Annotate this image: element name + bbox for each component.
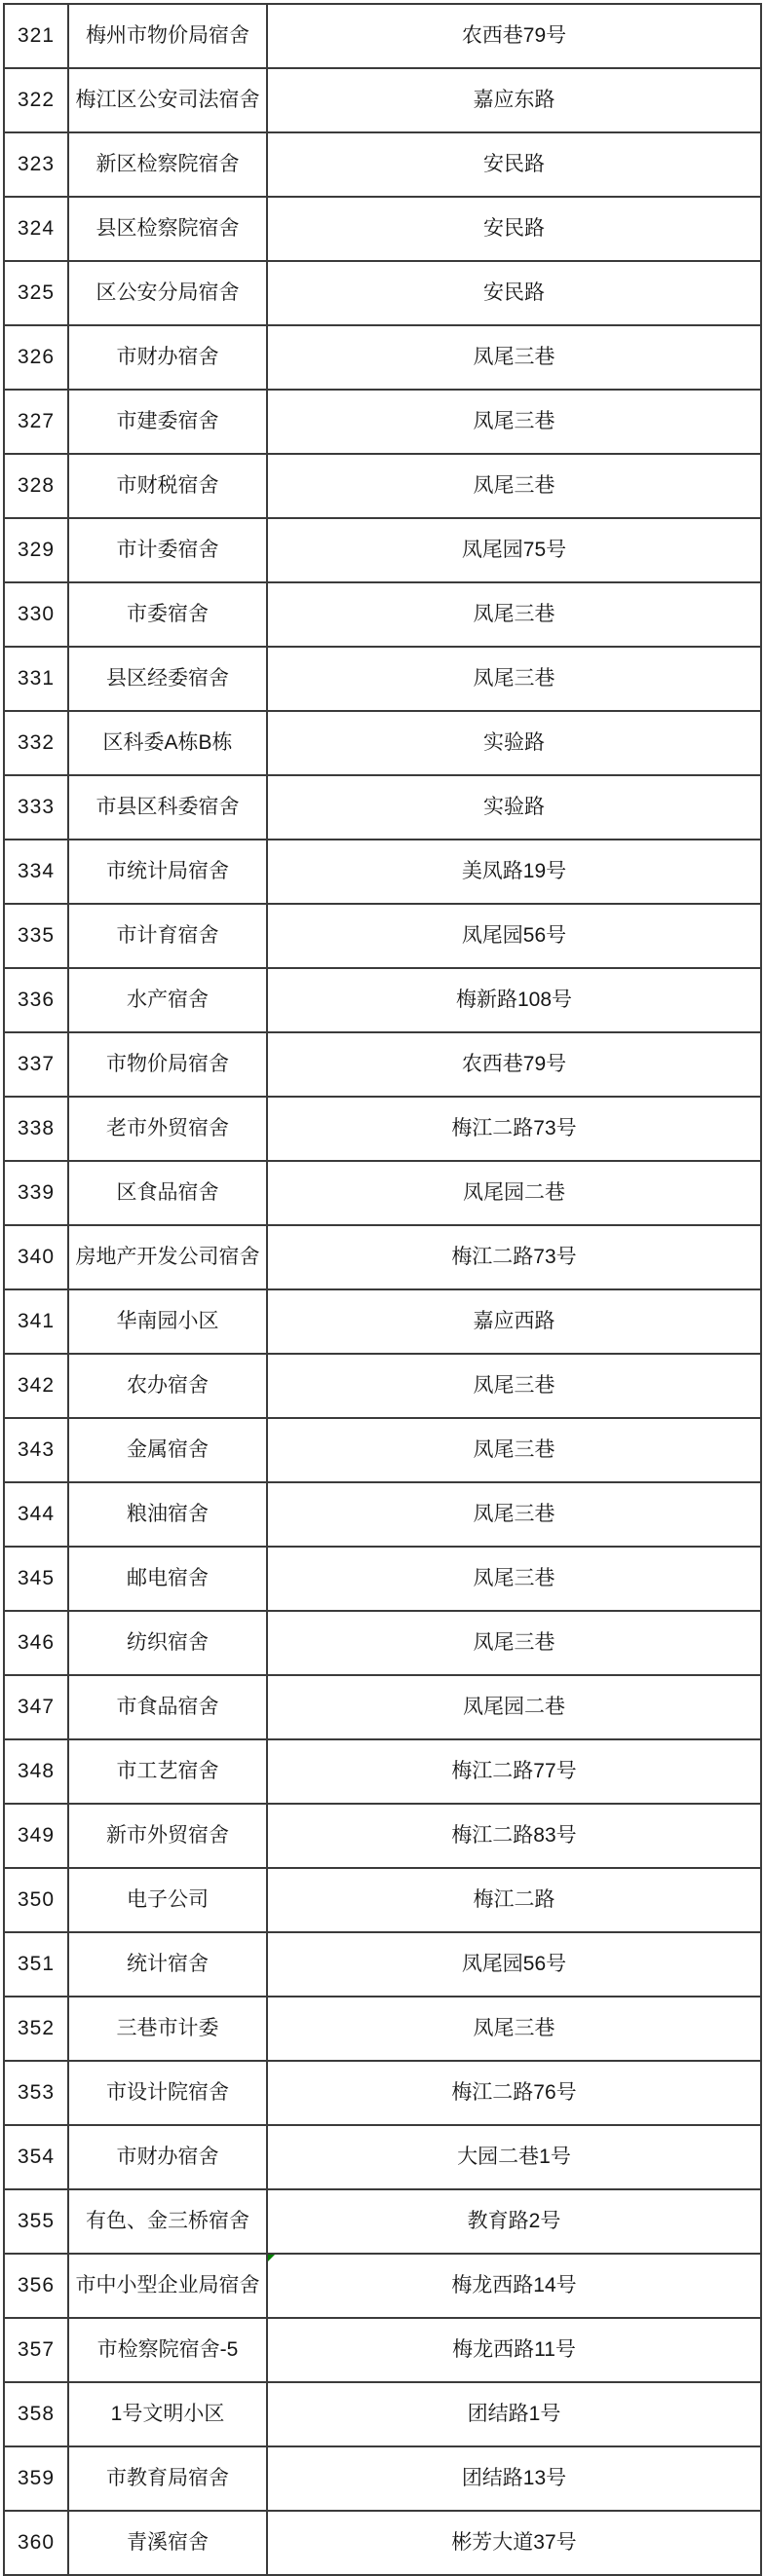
dormitory-name-cell[interactable]: 统计宿舍 [68, 1932, 267, 1997]
address-cell[interactable]: 梅江二路76号 [267, 2061, 761, 2125]
address-cell[interactable]: 凤尾园56号 [267, 904, 761, 968]
address-cell[interactable]: 教育路2号 [267, 2189, 761, 2254]
address-cell[interactable]: 农西巷79号 [267, 1032, 761, 1097]
table-row: 326市财办宿舍凤尾三巷 [4, 325, 761, 390]
dormitory-name-cell[interactable]: 区食品宿舍 [68, 1161, 267, 1225]
dormitory-name-cell[interactable]: 市中小型企业局宿舍 [68, 2254, 267, 2318]
table-row: 325区公安分局宿舍安民路 [4, 261, 761, 325]
address-cell[interactable]: 凤尾三巷 [267, 390, 761, 454]
row-number-cell[interactable]: 344 [4, 1482, 68, 1547]
address-cell[interactable]: 凤尾园75号 [267, 518, 761, 582]
row-number-cell[interactable]: 345 [4, 1547, 68, 1611]
row-number-cell[interactable]: 347 [4, 1675, 68, 1739]
dormitory-name-cell[interactable]: 农办宿舍 [68, 1354, 267, 1418]
spreadsheet-region: 321梅州市物价局宿舍农西巷79号322梅江区公安司法宿舍嘉应东路323新区检察… [0, 0, 764, 2573]
dormitory-name-cell[interactable]: 市委宿舍 [68, 582, 267, 647]
address-cell[interactable]: 凤尾三巷 [267, 1418, 761, 1482]
table-row: 3581号文明小区团结路1号 [4, 2382, 761, 2446]
row-number-cell[interactable]: 324 [4, 197, 68, 261]
address-cell[interactable]: 梅龙西路14号 [267, 2254, 761, 2318]
table-row: 322梅江区公安司法宿舍嘉应东路 [4, 68, 761, 132]
row-number-cell[interactable]: 322 [4, 68, 68, 132]
table-row: 340房地产开发公司宿舍梅江二路73号 [4, 1225, 761, 1289]
dormitory-name-cell[interactable]: 市财办宿舍 [68, 2125, 267, 2189]
dormitory-name-cell[interactable]: 市统计局宿舍 [68, 840, 267, 904]
address-cell[interactable]: 大园二巷1号 [267, 2125, 761, 2189]
table-row: 324县区检察院宿舍安民路 [4, 197, 761, 261]
row-number-cell[interactable]: 358 [4, 2382, 68, 2446]
dormitory-name-cell[interactable]: 水产宿舍 [68, 968, 267, 1032]
table-row: 352三巷市计委凤尾三巷 [4, 1997, 761, 2061]
dormitory-name-cell[interactable]: 梅江区公安司法宿舍 [68, 68, 267, 132]
address-cell[interactable]: 凤尾三巷 [267, 325, 761, 390]
dormitory-name-cell[interactable]: 电子公司 [68, 1868, 267, 1932]
address-cell[interactable]: 实验路 [267, 775, 761, 840]
dormitory-name-cell[interactable]: 市计委宿舍 [68, 518, 267, 582]
dormitory-name-cell[interactable]: 华南园小区 [68, 1289, 267, 1354]
table-row: 323新区检察院宿舍安民路 [4, 132, 761, 197]
dormitory-name-cell[interactable]: 有色、金三桥宿舍 [68, 2189, 267, 2254]
address-cell[interactable]: 凤尾园56号 [267, 1932, 761, 1997]
dormitory-name-cell[interactable]: 三巷市计委 [68, 1997, 267, 2061]
row-number-cell[interactable]: 352 [4, 1997, 68, 2061]
row-number-cell[interactable]: 343 [4, 1418, 68, 1482]
address-cell[interactable]: 农西巷79号 [267, 4, 761, 68]
address-cell[interactable]: 团结路1号 [267, 2382, 761, 2446]
dormitory-name-cell[interactable]: 纺织宿舍 [68, 1611, 267, 1675]
table-row: 351统计宿舍凤尾园56号 [4, 1932, 761, 1997]
row-number-cell[interactable]: 329 [4, 518, 68, 582]
table-row: 332区科委A栋B栋实验路 [4, 711, 761, 775]
dormitory-name-cell[interactable]: 市工艺宿舍 [68, 1739, 267, 1804]
table-row: 354市财办宿舍大园二巷1号 [4, 2125, 761, 2189]
table-row: 355有色、金三桥宿舍教育路2号 [4, 2189, 761, 2254]
row-number-cell[interactable]: 330 [4, 582, 68, 647]
row-number-cell[interactable]: 360 [4, 2511, 68, 2575]
table-row: 327市建委宿舍凤尾三巷 [4, 390, 761, 454]
table-row: 341华南园小区嘉应西路 [4, 1289, 761, 1354]
address-cell[interactable]: 梅江二路73号 [267, 1097, 761, 1161]
table-row: 337市物价局宿舍农西巷79号 [4, 1032, 761, 1097]
address-cell[interactable]: 嘉应东路 [267, 68, 761, 132]
table-row: 331县区经委宿舍凤尾三巷 [4, 647, 761, 711]
row-number-cell[interactable]: 348 [4, 1739, 68, 1804]
address-cell[interactable]: 安民路 [267, 197, 761, 261]
dormitory-name-cell[interactable]: 市检察院宿舍-5 [68, 2318, 267, 2382]
row-number-cell[interactable]: 342 [4, 1354, 68, 1418]
row-number-cell[interactable]: 359 [4, 2446, 68, 2511]
dormitory-name-cell[interactable]: 县区检察院宿舍 [68, 197, 267, 261]
row-number-cell[interactable]: 323 [4, 132, 68, 197]
table-row: 349新市外贸宿舍梅江二路83号 [4, 1804, 761, 1868]
address-cell[interactable]: 美凤路19号 [267, 840, 761, 904]
table-row: 345邮电宿舍凤尾三巷 [4, 1547, 761, 1611]
table-row: 335市计育宿舍凤尾园56号 [4, 904, 761, 968]
address-cell[interactable]: 嘉应西路 [267, 1289, 761, 1354]
row-number-cell[interactable]: 349 [4, 1804, 68, 1868]
row-number-cell[interactable]: 334 [4, 840, 68, 904]
address-cell[interactable]: 凤尾三巷 [267, 1482, 761, 1547]
dormitory-name-cell[interactable]: 市教育局宿舍 [68, 2446, 267, 2511]
address-cell[interactable]: 安民路 [267, 132, 761, 197]
dormitory-name-cell[interactable]: 市物价局宿舍 [68, 1032, 267, 1097]
address-cell[interactable]: 梅江二路73号 [267, 1225, 761, 1289]
table-row: 348市工艺宿舍梅江二路77号 [4, 1739, 761, 1804]
row-number-cell[interactable]: 339 [4, 1161, 68, 1225]
table-row: 338老市外贸宿舍梅江二路73号 [4, 1097, 761, 1161]
address-cell[interactable]: 梅龙西路11号 [267, 2318, 761, 2382]
dormitory-name-cell[interactable]: 区科委A栋B栋 [68, 711, 267, 775]
table-row: 330市委宿舍凤尾三巷 [4, 582, 761, 647]
address-cell[interactable]: 梅江二路83号 [267, 1804, 761, 1868]
row-number-cell[interactable]: 335 [4, 904, 68, 968]
row-number-cell[interactable]: 350 [4, 1868, 68, 1932]
dormitory-name-cell[interactable]: 老市外贸宿舍 [68, 1097, 267, 1161]
row-number-cell[interactable]: 331 [4, 647, 68, 711]
table-row: 350电子公司梅江二路 [4, 1868, 761, 1932]
row-number-cell[interactable]: 327 [4, 390, 68, 454]
address-cell[interactable]: 凤尾三巷 [267, 1997, 761, 2061]
address-cell[interactable]: 凤尾三巷 [267, 1354, 761, 1418]
row-number-cell[interactable]: 353 [4, 2061, 68, 2125]
table-row: 353市设计院宿舍梅江二路76号 [4, 2061, 761, 2125]
table-body: 321梅州市物价局宿舍农西巷79号322梅江区公安司法宿舍嘉应东路323新区检察… [4, 4, 761, 2575]
table-row: 328市财税宿舍凤尾三巷 [4, 454, 761, 518]
row-number-cell[interactable]: 354 [4, 2125, 68, 2189]
table-row: 344粮油宿舍凤尾三巷 [4, 1482, 761, 1547]
row-number-cell[interactable]: 351 [4, 1932, 68, 1997]
dormitory-name-cell[interactable]: 市县区科委宿舍 [68, 775, 267, 840]
address-cell[interactable]: 梅江二路77号 [267, 1739, 761, 1804]
table-row: 347市食品宿舍凤尾园二巷 [4, 1675, 761, 1739]
cell-error-indicator-icon [268, 2255, 275, 2261]
row-number-cell[interactable]: 346 [4, 1611, 68, 1675]
dormitory-address-table: 321梅州市物价局宿舍农西巷79号322梅江区公安司法宿舍嘉应东路323新区检察… [3, 3, 762, 2576]
dormitory-name-cell[interactable]: 市建委宿舍 [68, 390, 267, 454]
address-cell[interactable]: 团结路13号 [267, 2446, 761, 2511]
table-row: 321梅州市物价局宿舍农西巷79号 [4, 4, 761, 68]
address-cell[interactable]: 安民路 [267, 261, 761, 325]
table-row: 359市教育局宿舍团结路13号 [4, 2446, 761, 2511]
address-cell[interactable]: 梅新路108号 [267, 968, 761, 1032]
table-row: 333市县区科委宿舍实验路 [4, 775, 761, 840]
dormitory-name-cell[interactable]: 区公安分局宿舍 [68, 261, 267, 325]
address-cell[interactable]: 彬芳大道37号 [267, 2511, 761, 2575]
dormitory-name-cell[interactable]: 房地产开发公司宿舍 [68, 1225, 267, 1289]
table-row: 343金属宿舍凤尾三巷 [4, 1418, 761, 1482]
dormitory-name-cell[interactable]: 1号文明小区 [68, 2382, 267, 2446]
address-cell[interactable]: 凤尾三巷 [267, 647, 761, 711]
dormitory-name-cell[interactable]: 粮油宿舍 [68, 1482, 267, 1547]
address-cell[interactable]: 凤尾三巷 [267, 1547, 761, 1611]
row-number-cell[interactable]: 357 [4, 2318, 68, 2382]
row-number-cell[interactable]: 337 [4, 1032, 68, 1097]
table-row: 336水产宿舍梅新路108号 [4, 968, 761, 1032]
dormitory-name-cell[interactable]: 市计育宿舍 [68, 904, 267, 968]
address-cell[interactable]: 梅江二路 [267, 1868, 761, 1932]
dormitory-name-cell[interactable]: 市财办宿舍 [68, 325, 267, 390]
row-number-cell[interactable]: 336 [4, 968, 68, 1032]
row-number-cell[interactable]: 340 [4, 1225, 68, 1289]
address-cell[interactable]: 凤尾三巷 [267, 454, 761, 518]
address-cell[interactable]: 凤尾三巷 [267, 582, 761, 647]
table-row: 339区食品宿舍凤尾园二巷 [4, 1161, 761, 1225]
dormitory-name-cell[interactable]: 青溪宿舍 [68, 2511, 267, 2575]
table-row: 334市统计局宿舍美凤路19号 [4, 840, 761, 904]
row-number-cell[interactable]: 321 [4, 4, 68, 68]
address-cell[interactable]: 凤尾园二巷 [267, 1161, 761, 1225]
dormitory-name-cell[interactable]: 新市外贸宿舍 [68, 1804, 267, 1868]
dormitory-name-cell[interactable]: 邮电宿舍 [68, 1547, 267, 1611]
table-row: 356市中小型企业局宿舍梅龙西路14号 [4, 2254, 761, 2318]
dormitory-name-cell[interactable]: 市设计院宿舍 [68, 2061, 267, 2125]
dormitory-name-cell[interactable]: 县区经委宿舍 [68, 647, 267, 711]
dormitory-name-cell[interactable]: 市食品宿舍 [68, 1675, 267, 1739]
table-row: 329市计委宿舍凤尾园75号 [4, 518, 761, 582]
address-cell[interactable]: 凤尾三巷 [267, 1611, 761, 1675]
row-number-cell[interactable]: 355 [4, 2189, 68, 2254]
row-number-cell[interactable]: 328 [4, 454, 68, 518]
address-cell[interactable]: 实验路 [267, 711, 761, 775]
dormitory-name-cell[interactable]: 市财税宿舍 [68, 454, 267, 518]
dormitory-name-cell[interactable]: 新区检察院宿舍 [68, 132, 267, 197]
table-row: 360青溪宿舍彬芳大道37号 [4, 2511, 761, 2575]
row-number-cell[interactable]: 341 [4, 1289, 68, 1354]
table-row: 346纺织宿舍凤尾三巷 [4, 1611, 761, 1675]
row-number-cell[interactable]: 333 [4, 775, 68, 840]
row-number-cell[interactable]: 326 [4, 325, 68, 390]
table-row: 357市检察院宿舍-5梅龙西路11号 [4, 2318, 761, 2382]
row-number-cell[interactable]: 356 [4, 2254, 68, 2318]
dormitory-name-cell[interactable]: 梅州市物价局宿舍 [68, 4, 267, 68]
table-row: 342农办宿舍凤尾三巷 [4, 1354, 761, 1418]
address-cell[interactable]: 凤尾园二巷 [267, 1675, 761, 1739]
row-number-cell[interactable]: 338 [4, 1097, 68, 1161]
row-number-cell[interactable]: 325 [4, 261, 68, 325]
dormitory-name-cell[interactable]: 金属宿舍 [68, 1418, 267, 1482]
row-number-cell[interactable]: 332 [4, 711, 68, 775]
